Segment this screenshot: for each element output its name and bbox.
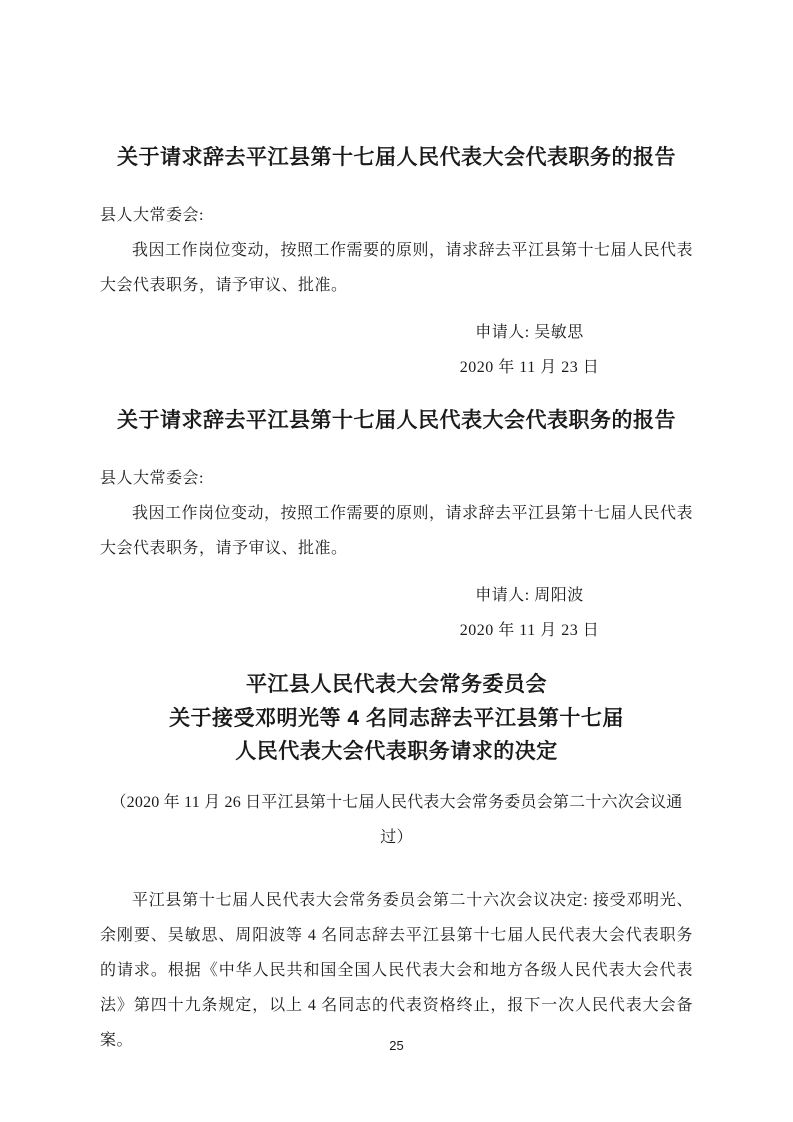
page-number: 25 (0, 1038, 793, 1053)
report-2-signature: 申请人: 周阳波 2020 年 11 月 23 日 (233, 578, 793, 648)
decision-title: 平江县人民代表大会常务委员会 关于接受邓明光等 4 名同志辞去平江县第十七届 人… (100, 668, 693, 769)
decision-title-line-3: 人民代表大会代表职务请求的决定 (100, 735, 693, 769)
decision-paragraph: 平江县第十七届人民代表大会常务委员会第二十六次会议决定: 接受邓明光、余刚要、吴… (100, 883, 693, 1058)
decision-passage-note: （2020 年 11 月 26 日平江县第十七届人民代表大会常务委员会第二十六次… (100, 785, 693, 855)
report-2-paragraph: 我因工作岗位变动，按照工作需要的原则，请求辞去平江县第十七届人民代表大会代表职务… (100, 496, 693, 566)
decision-title-line-1: 平江县人民代表大会常务委员会 (100, 668, 693, 702)
document-content: 关于请求辞去平江县第十七届人民代表大会代表职务的报告 县人大常委会: 我因工作岗… (0, 141, 793, 1058)
report-2-title: 关于请求辞去平江县第十七届人民代表大会代表职务的报告 (100, 404, 693, 437)
report-1-applicant: 申请人: 吴敏思 (233, 315, 793, 350)
report-2-date: 2020 年 11 月 23 日 (233, 613, 793, 648)
report-1-salutation: 县人大常委会: (100, 198, 693, 233)
report-1-body-block: 县人大常委会: 我因工作岗位变动，按照工作需要的原则，请求辞去平江县第十七届人民… (100, 198, 693, 303)
decision-title-line-2: 关于接受邓明光等 4 名同志辞去平江县第十七届 (100, 702, 693, 736)
report-1-signature: 申请人: 吴敏思 2020 年 11 月 23 日 (233, 315, 793, 385)
report-2-applicant: 申请人: 周阳波 (233, 578, 793, 613)
report-2-salutation: 县人大常委会: (100, 461, 693, 496)
report-1-paragraph: 我因工作岗位变动，按照工作需要的原则，请求辞去平江县第十七届人民代表大会代表职务… (100, 233, 693, 303)
report-2-body-block: 县人大常委会: 我因工作岗位变动，按照工作需要的原则，请求辞去平江县第十七届人民… (100, 461, 693, 566)
report-1-date: 2020 年 11 月 23 日 (233, 350, 793, 385)
document-page: 关于请求辞去平江县第十七届人民代表大会代表职务的报告 县人大常委会: 我因工作岗… (0, 0, 793, 1122)
report-1-title: 关于请求辞去平江县第十七届人民代表大会代表职务的报告 (100, 141, 693, 174)
